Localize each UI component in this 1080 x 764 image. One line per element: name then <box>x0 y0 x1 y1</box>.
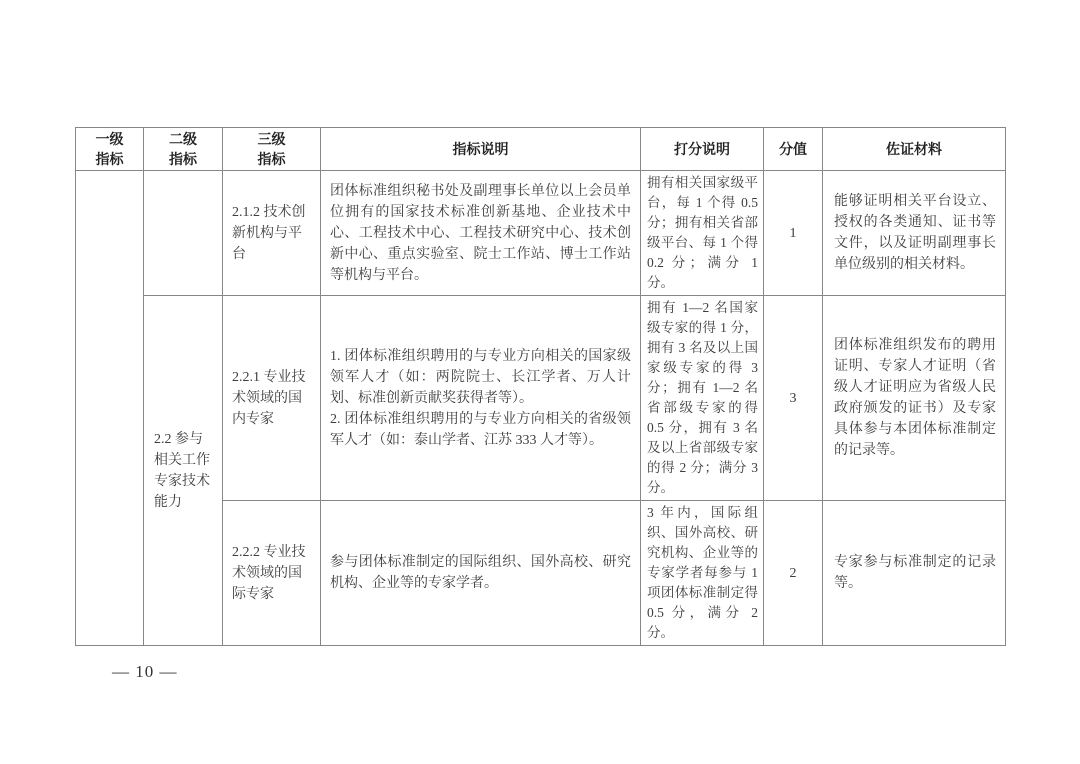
cell-level3-indicator: 2.2.2 专业技术领域的国际专家 <box>223 501 321 646</box>
cell-indicator-description: 团体标准组织秘书处及副理事长单位以上会员单位拥有的国家技术标准创新基地、企业技术… <box>321 171 641 296</box>
header-score-value: 分值 <box>764 128 823 171</box>
cell-indicator-description: 参与团体标准制定的国际组织、国外高校、研究机构、企业等的专家学者。 <box>321 501 641 646</box>
cell-scoring-description: 拥有 1—2 名国家级专家的得 1 分，拥有 3 名及以上国家级专家的得 3 分… <box>641 296 764 501</box>
table-row-212: 2.1.2 技术创新机构与平台 团体标准组织秘书处及副理事长单位以上会员单位拥有… <box>76 171 1006 296</box>
cell-score-value: 2 <box>764 501 823 646</box>
evaluation-criteria-table: 一级 指标 二级 指标 三级 指标 指标说明 打分说明 分值 佐证材料 2.1.… <box>75 127 1006 646</box>
cell-score-value: 1 <box>764 171 823 296</box>
header-scoring-description: 打分说明 <box>641 128 764 171</box>
cell-evidence-materials: 团体标准组织发布的聘用证明、专家人才证明（省级人才证明应为省级人民政府颁发的证书… <box>823 296 1006 501</box>
header-level2-indicator: 二级 指标 <box>144 128 223 171</box>
cell-scoring-description: 3 年内，国际组织、国外高校、研究机构、企业等的专家学者每参与 1 项团体标准制… <box>641 501 764 646</box>
cell-level3-indicator: 2.2.1 专业技术领域的国内专家 <box>223 296 321 501</box>
header-level3-indicator: 三级 指标 <box>223 128 321 171</box>
table-row-221: 2.2 参与相关工作专家技术能力 2.2.1 专业技术领域的国内专家 1. 团体… <box>76 296 1006 501</box>
page-number: — 10 — <box>112 662 178 682</box>
table-header-row: 一级 指标 二级 指标 三级 指标 指标说明 打分说明 分值 佐证材料 <box>76 128 1006 171</box>
header-evidence-materials: 佐证材料 <box>823 128 1006 171</box>
header-level1-indicator: 一级 指标 <box>76 128 144 171</box>
cell-evidence-materials: 能够证明相关平台设立、授权的各类通知、证书等文件，以及证明副理事长单位级别的相关… <box>823 171 1006 296</box>
cell-level3-indicator: 2.1.2 技术创新机构与平台 <box>223 171 321 296</box>
cell-level2-indicator: 2.2 参与相关工作专家技术能力 <box>144 296 223 646</box>
cell-indicator-description: 1. 团体标准组织聘用的与专业方向相关的国家级领军人才（如：两院院士、长江学者、… <box>321 296 641 501</box>
cell-score-value: 3 <box>764 296 823 501</box>
header-indicator-description: 指标说明 <box>321 128 641 171</box>
cell-scoring-description: 拥有相关国家级平台，每 1 个得 0.5 分；拥有相关省部级平台、每 1 个得 … <box>641 171 764 296</box>
cell-evidence-materials: 专家参与标准制定的记录等。 <box>823 501 1006 646</box>
cell-level1-indicator-empty <box>76 171 144 646</box>
cell-level2-indicator-empty <box>144 171 223 296</box>
